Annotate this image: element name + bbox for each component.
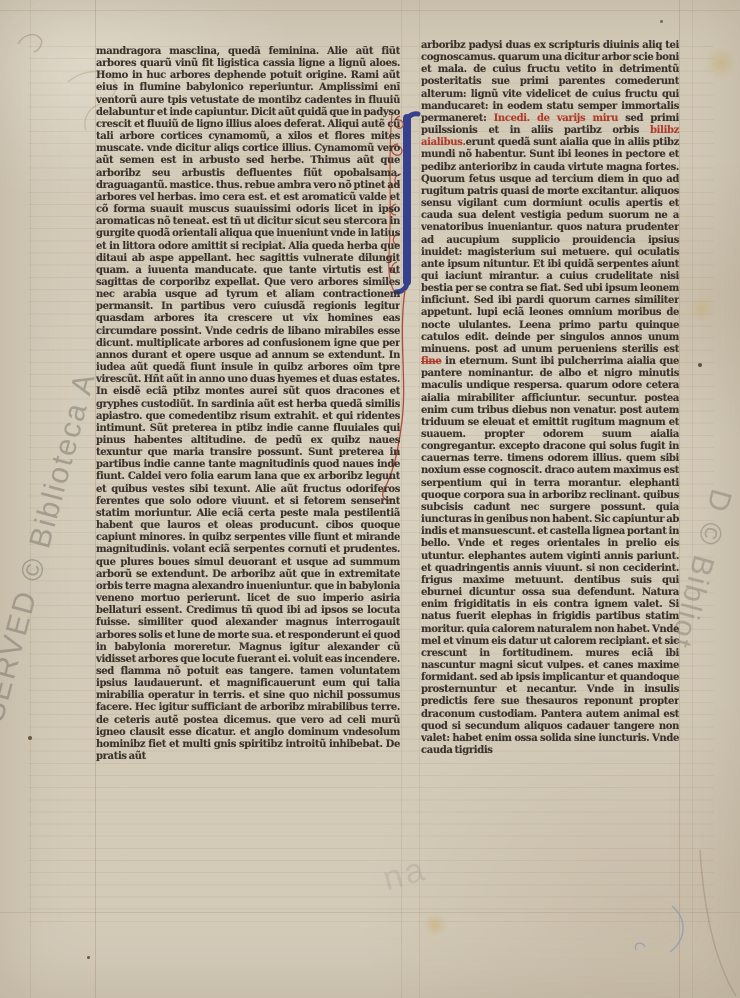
manuscript-text-right: in eternum. Sunt ibi pulcherrima aialia … xyxy=(421,356,679,756)
manuscript-text-right: erunt quedã sunt aialia que in aliis pti… xyxy=(421,137,679,355)
ruling-vertical-gutter-right xyxy=(419,0,420,998)
ink-speck xyxy=(698,363,702,367)
stain xyxy=(704,48,738,78)
stain xyxy=(422,914,448,936)
ruling-vertical-gutter-left xyxy=(401,0,402,998)
expunged-word: fine xyxy=(421,356,441,367)
manuscript-column-right: arboribz padysi duas ex scripturis diuin… xyxy=(421,40,679,910)
manuscript-text-right: arboribz padysi duas ex scripturis diuin… xyxy=(421,40,679,124)
ruling-vertical-outer-left xyxy=(30,0,31,998)
ruling-horizontal-top xyxy=(0,10,740,11)
manuscript-page-scan: SERVED © Biblioteca A D © Bibliot VAL na… xyxy=(0,0,740,998)
manuscript-column-left: mandragora masclina, quedã feminina. Ali… xyxy=(96,46,400,938)
parchment-edge-line xyxy=(690,850,740,998)
ruling-vertical-right-column-right xyxy=(679,0,680,998)
ruling-vertical-outer-right xyxy=(692,0,693,998)
ink-speck xyxy=(87,956,90,959)
manuscript-text-left: mandragora masclina, quedã feminina. Ali… xyxy=(96,46,400,762)
rubric-red-text: Incedi. de varijs miru xyxy=(494,113,618,124)
ink-speck xyxy=(660,20,663,23)
